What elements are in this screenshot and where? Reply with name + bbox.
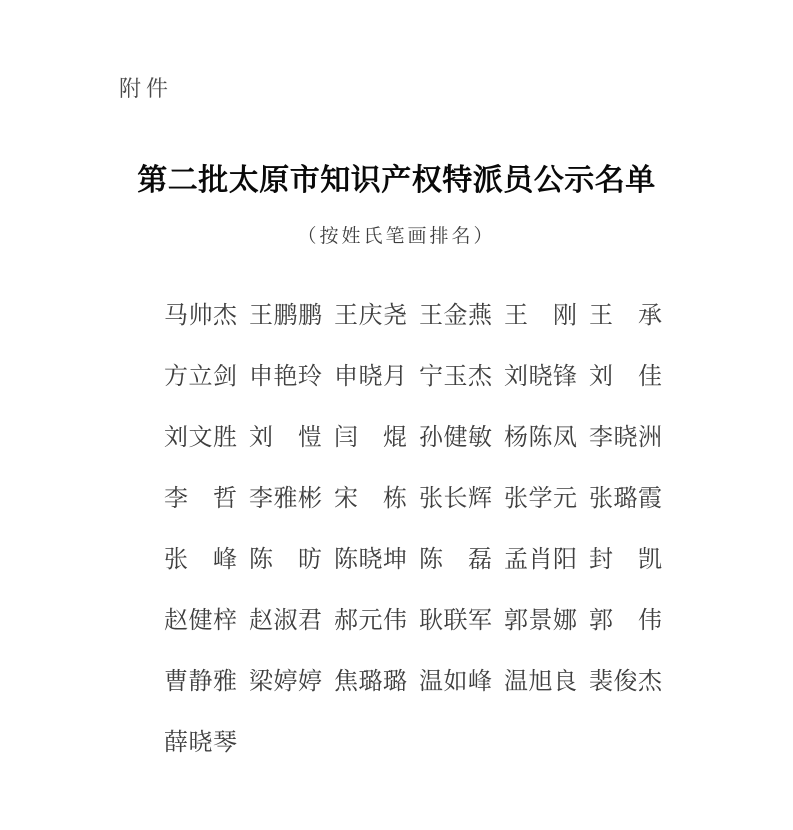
name-char: 张	[164, 548, 188, 572]
name-char: 玉	[444, 365, 468, 389]
name-char: 晓	[189, 731, 213, 755]
person-name: 薛晓琴	[164, 731, 237, 755]
person-name: 方立剑	[164, 365, 237, 389]
name-char: 杰	[213, 304, 237, 328]
name-char: 元	[553, 487, 577, 511]
name-row: 赵健梓赵淑君郝元伟耿联军郭景娜郭伟	[164, 609, 664, 633]
name-char: 峰	[468, 670, 492, 694]
name-char: 耿	[419, 609, 443, 633]
name-char: 阳	[553, 548, 577, 572]
name-char: 磊	[468, 548, 492, 572]
person-name: 裴俊杰	[589, 670, 662, 694]
name-char: 凯	[638, 548, 662, 572]
name-char: 凤	[553, 426, 577, 450]
name-char: 王	[419, 304, 443, 328]
name-char: 梁	[249, 670, 273, 694]
name-list: 马帅杰王鹏鹏王庆尧王金燕王刚王承方立剑申艳玲申晓月宁玉杰刘晓锋刘佳刘文胜刘愷闫焜…	[164, 304, 664, 792]
name-char: 承	[638, 304, 662, 328]
name-row: 马帅杰王鹏鹏王庆尧王金燕王刚王承	[164, 304, 664, 328]
person-name: 郭伟	[589, 609, 662, 633]
name-char: 赵	[164, 609, 188, 633]
name-char: 尧	[383, 304, 407, 328]
name-char: 健	[189, 609, 213, 633]
name-char: 张	[589, 487, 613, 511]
name-char: 孟	[504, 548, 528, 572]
name-char: 陈	[334, 548, 358, 572]
name-char: 如	[444, 670, 468, 694]
name-char: 晓	[359, 365, 383, 389]
name-char: 刘	[249, 426, 273, 450]
person-name: 张峰	[164, 548, 237, 572]
name-char: 旭	[529, 670, 553, 694]
name-char: 刘	[504, 365, 528, 389]
name-row: 曹静雅梁婷婷焦璐璐温如峰温旭良裴俊杰	[164, 670, 664, 694]
person-name: 张学元	[504, 487, 577, 511]
name-char: 申	[334, 365, 358, 389]
person-name: 刘愷	[249, 426, 322, 450]
name-char: 杰	[638, 670, 662, 694]
person-name: 李哲	[164, 487, 237, 511]
name-char: 胜	[213, 426, 237, 450]
page-subtitle: （按姓氏笔画排名）	[0, 226, 793, 248]
name-char: 鹏	[298, 304, 322, 328]
person-name: 王金燕	[419, 304, 492, 328]
document-page: 附件 第二批太原市知识产权特派员公示名单 （按姓氏笔画排名） 马帅杰王鹏鹏王庆尧…	[0, 0, 793, 830]
name-char: 温	[419, 670, 443, 694]
person-name: 曹静雅	[164, 670, 237, 694]
name-char: 裴	[589, 670, 613, 694]
name-char: 张	[419, 487, 443, 511]
person-name: 梁婷婷	[249, 670, 322, 694]
name-char: 洲	[638, 426, 662, 450]
name-char: 王	[589, 304, 613, 328]
name-char: 娜	[553, 609, 577, 633]
name-char: 刚	[553, 304, 577, 328]
person-name: 王刚	[504, 304, 577, 328]
name-char: 马	[164, 304, 188, 328]
name-char: 杨	[504, 426, 528, 450]
person-name: 温旭良	[504, 670, 577, 694]
name-char: 晓	[359, 548, 383, 572]
person-name: 陈晓坤	[334, 548, 407, 572]
name-char: 君	[298, 609, 322, 633]
person-name: 申艳玲	[249, 365, 322, 389]
name-char: 元	[359, 609, 383, 633]
page-title: 第二批太原市知识产权特派员公示名单	[0, 162, 793, 200]
name-char: 锋	[553, 365, 577, 389]
name-row: 刘文胜刘愷闫焜孙健敏杨陈凤李晓洲	[164, 426, 664, 450]
person-name: 李雅彬	[249, 487, 322, 511]
name-char: 婷	[274, 670, 298, 694]
person-name: 耿联军	[419, 609, 492, 633]
person-name: 马帅杰	[164, 304, 237, 328]
name-char: 昉	[298, 548, 322, 572]
person-name: 陈磊	[419, 548, 492, 572]
name-char: 伟	[638, 609, 662, 633]
person-name: 宁玉杰	[419, 365, 492, 389]
person-name: 张璐霞	[589, 487, 662, 511]
name-char: 艳	[274, 365, 298, 389]
name-char: 赵	[249, 609, 273, 633]
name-row: 李哲李雅彬宋栋张长辉张学元张璐霞	[164, 487, 664, 511]
name-char: 哲	[213, 487, 237, 511]
attachment-label: 附件	[119, 77, 173, 101]
name-char: 璐	[614, 487, 638, 511]
person-name: 封凯	[589, 548, 662, 572]
name-char: 雅	[213, 670, 237, 694]
name-char: 李	[164, 487, 188, 511]
name-char: 金	[444, 304, 468, 328]
person-name: 王承	[589, 304, 662, 328]
name-char: 剑	[213, 365, 237, 389]
name-char: 刘	[589, 365, 613, 389]
name-char: 婷	[298, 670, 322, 694]
name-char: 月	[383, 365, 407, 389]
name-char: 学	[529, 487, 553, 511]
name-char: 封	[589, 548, 613, 572]
person-name: 郝元伟	[334, 609, 407, 633]
name-char: 军	[468, 609, 492, 633]
name-char: 玲	[298, 365, 322, 389]
name-char: 坤	[383, 548, 407, 572]
name-char: 伟	[383, 609, 407, 633]
name-char: 郭	[504, 609, 528, 633]
person-name: 刘晓锋	[504, 365, 577, 389]
name-char: 良	[553, 670, 577, 694]
name-char: 郝	[334, 609, 358, 633]
name-char: 鹏	[274, 304, 298, 328]
name-char: 庆	[359, 304, 383, 328]
person-name: 孟肖阳	[504, 548, 577, 572]
name-char: 栋	[383, 487, 407, 511]
name-char: 霞	[638, 487, 662, 511]
person-name: 闫焜	[334, 426, 407, 450]
name-char: 敏	[468, 426, 492, 450]
name-char: 长	[444, 487, 468, 511]
name-row: 方立剑申艳玲申晓月宁玉杰刘晓锋刘佳	[164, 365, 664, 389]
person-name: 赵健梓	[164, 609, 237, 633]
name-row: 薛晓琴	[164, 731, 664, 755]
person-name: 刘文胜	[164, 426, 237, 450]
name-char: 陈	[529, 426, 553, 450]
person-name: 申晓月	[334, 365, 407, 389]
name-char: 景	[529, 609, 553, 633]
name-char: 健	[444, 426, 468, 450]
name-char: 郭	[589, 609, 613, 633]
name-char: 王	[249, 304, 273, 328]
name-char: 梓	[213, 609, 237, 633]
name-char: 宋	[334, 487, 358, 511]
name-char: 温	[504, 670, 528, 694]
name-char: 帅	[189, 304, 213, 328]
person-name: 焦璐璐	[334, 670, 407, 694]
name-char: 肖	[529, 548, 553, 572]
name-char: 峰	[213, 548, 237, 572]
name-char: 张	[504, 487, 528, 511]
person-name: 陈昉	[249, 548, 322, 572]
name-char: 淑	[274, 609, 298, 633]
name-char: 联	[444, 609, 468, 633]
name-char: 璐	[383, 670, 407, 694]
person-name: 孙健敏	[419, 426, 492, 450]
name-char: 闫	[334, 426, 358, 450]
name-char: 李	[249, 487, 273, 511]
name-char: 宁	[419, 365, 443, 389]
name-char: 杰	[468, 365, 492, 389]
name-char: 陈	[419, 548, 443, 572]
person-name: 郭景娜	[504, 609, 577, 633]
name-char: 方	[164, 365, 188, 389]
name-char: 琴	[213, 731, 237, 755]
person-name: 张长辉	[419, 487, 492, 511]
person-name: 刘佳	[589, 365, 662, 389]
person-name: 杨陈凤	[504, 426, 577, 450]
name-char: 焦	[334, 670, 358, 694]
person-name: 王庆尧	[334, 304, 407, 328]
name-char: 晓	[614, 426, 638, 450]
name-char: 雅	[274, 487, 298, 511]
name-char: 刘	[164, 426, 188, 450]
name-char: 晓	[529, 365, 553, 389]
name-char: 辉	[468, 487, 492, 511]
name-char: 薛	[164, 731, 188, 755]
name-char: 俊	[614, 670, 638, 694]
person-name: 王鹏鹏	[249, 304, 322, 328]
name-char: 李	[589, 426, 613, 450]
name-char: 王	[504, 304, 528, 328]
name-char: 陈	[249, 548, 273, 572]
name-row: 张峰陈昉陈晓坤陈磊孟肖阳封凯	[164, 548, 664, 572]
name-char: 王	[334, 304, 358, 328]
name-char: 孙	[419, 426, 443, 450]
person-name: 温如峰	[419, 670, 492, 694]
person-name: 李晓洲	[589, 426, 662, 450]
name-char: 彬	[298, 487, 322, 511]
name-char: 愷	[298, 426, 322, 450]
name-char: 焜	[383, 426, 407, 450]
name-char: 立	[189, 365, 213, 389]
name-char: 燕	[468, 304, 492, 328]
name-char: 佳	[638, 365, 662, 389]
name-char: 曹	[164, 670, 188, 694]
person-name: 赵淑君	[249, 609, 322, 633]
name-char: 静	[189, 670, 213, 694]
name-char: 文	[189, 426, 213, 450]
name-char: 申	[249, 365, 273, 389]
name-char: 璐	[359, 670, 383, 694]
person-name: 宋栋	[334, 487, 407, 511]
